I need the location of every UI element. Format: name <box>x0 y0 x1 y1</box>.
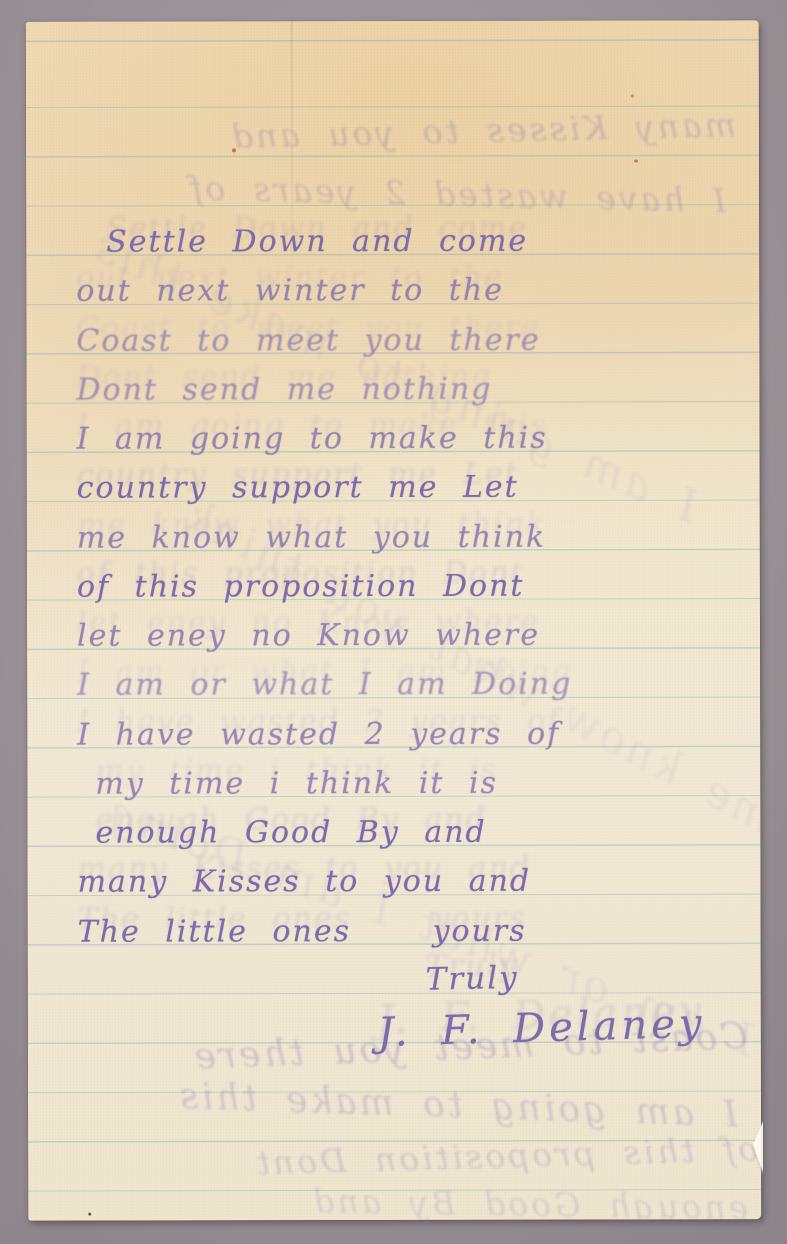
bleed-through-line: of this proposition Dont <box>68 1129 759 1187</box>
letter-line: country support me Let <box>77 463 746 514</box>
letter-line: Coast to meet you there <box>76 315 745 366</box>
ink-speck <box>88 1213 91 1216</box>
bleed-through-line: enough Good By and <box>88 1178 749 1227</box>
letter-line: I am going to make this <box>77 413 746 464</box>
letter-page: many Kisses to you and I have wasted 2 y… <box>26 20 762 1221</box>
bleed-through-line: I am going to make this <box>38 1072 739 1136</box>
letter-line: Dont send me nothing <box>76 364 745 415</box>
letter-line: out next winter to the <box>76 266 745 317</box>
letter-line-left: The little ones <box>78 907 351 957</box>
letter-line: enough Good By and <box>77 807 746 858</box>
bleed-through-line: I have wasted 2 years of <box>46 165 727 220</box>
valediction-yours: yours <box>433 906 527 955</box>
letter-line: many Kisses to you and <box>77 857 746 908</box>
paper-tear <box>737 1121 763 1191</box>
rust-speck <box>631 94 634 97</box>
letter-line: of this proposition Dont <box>77 561 746 612</box>
letter-line: I am or what I am Doing <box>77 660 746 711</box>
letter-line: The little ones yours <box>78 906 747 957</box>
letter-line: let eney no Know where <box>77 610 746 661</box>
bleed-through-line: many Kisses to you and <box>56 105 737 160</box>
rust-speck <box>634 159 638 162</box>
letter-line: me know what you think <box>77 512 746 563</box>
letter-line: my time i think it is <box>77 758 746 809</box>
rust-speck <box>232 148 236 152</box>
letter-body: Settle Down and come out next winter to … <box>76 216 747 1065</box>
letter-line: Settle Down and come <box>76 216 745 267</box>
letter-line: I have wasted 2 years of <box>77 709 746 760</box>
